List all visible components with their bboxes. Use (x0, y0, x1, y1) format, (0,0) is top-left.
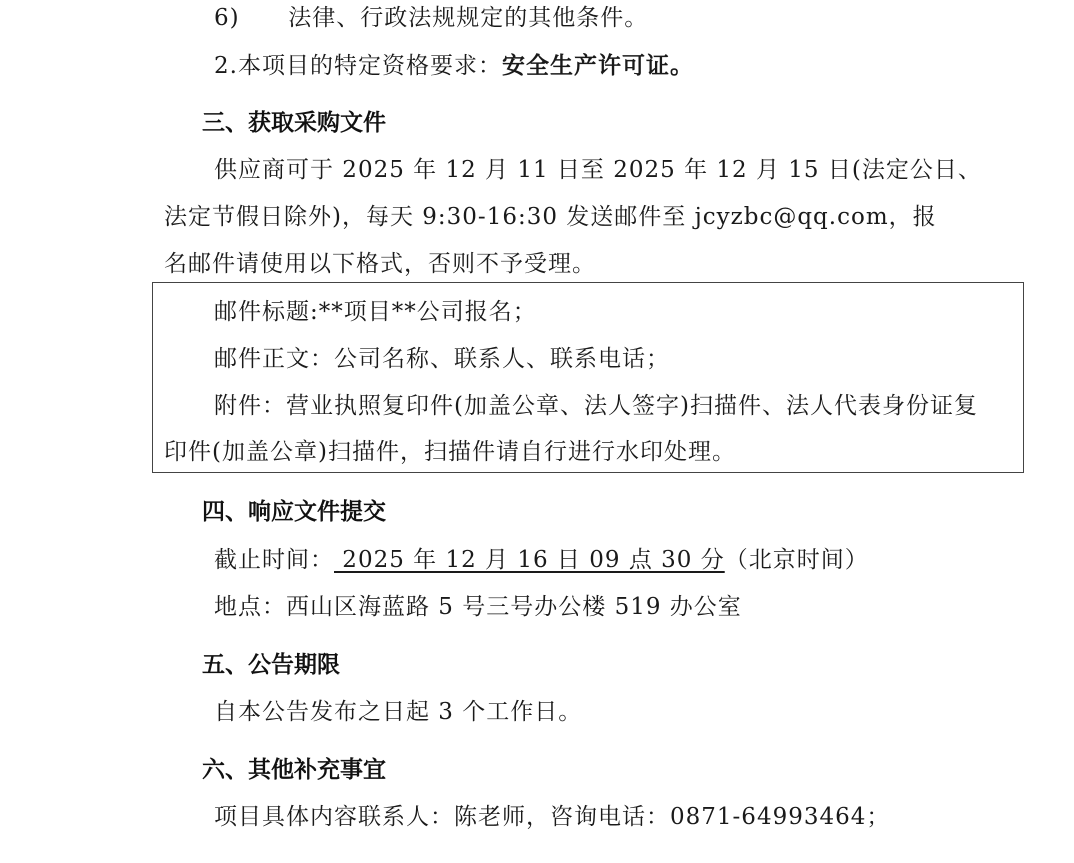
deadline: 截止时间： 2025 年 12 月 16 日 09 点 30 分（北京时间） (214, 545, 869, 575)
deadline-timezone: （北京时间） (725, 547, 869, 573)
email-subject-format: 邮件标题:**项目**公司报名； (214, 297, 537, 327)
email-body-format: 邮件正文：公司名称、联系人、联系电话； (214, 344, 670, 374)
deadline-value: 2025 年 12 月 16 日 09 点 30 分 (334, 547, 725, 573)
section-6-heading: 六、其他补充事宜 (202, 755, 386, 785)
item-text: 法律、行政法规规定的其他条件。 (288, 5, 648, 31)
section-3-paragraph-line-2: 法定节假日除外)，每天 9:30-16:30 发送邮件至 jcyzbc@qq.c… (164, 202, 937, 232)
contact-info: 项目具体内容联系人：陈老师，咨询电话：0871-64993464； (214, 802, 890, 832)
specific-qualification-value: 安全生产许可证。 (502, 53, 694, 79)
email-attachment-format-line-2: 印件(加盖公章)扫描件，扫描件请自行进行水印处理。 (164, 437, 736, 467)
qualification-item-6: 6) 法律、行政法规规定的其他条件。 (214, 3, 648, 33)
section-5-heading: 五、公告期限 (202, 650, 340, 680)
submission-location: 地点：西山区海蓝路 5 号三号办公楼 519 办公室 (214, 592, 742, 622)
section-3-paragraph-line-3: 名邮件请使用以下格式，否则不予受理。 (164, 249, 596, 279)
section-3-paragraph-line-1: 供应商可于 2025 年 12 月 11 日至 2025 年 12 月 15 日… (214, 155, 982, 185)
email-attachment-format-line-1: 附件：营业执照复印件(加盖公章、法人签字)扫描件、法人代表身份证复 (214, 391, 978, 421)
section-3-heading: 三、获取采购文件 (202, 108, 386, 138)
announcement-period: 自本公告发布之日起 3 个工作日。 (214, 697, 582, 727)
specific-qualification-label: 2.本项目的特定资格要求： (214, 53, 502, 79)
item-number: 6) (214, 5, 240, 31)
specific-qualification: 2.本项目的特定资格要求：安全生产许可证。 (214, 51, 694, 81)
section-4-heading: 四、响应文件提交 (202, 497, 386, 527)
deadline-label: 截止时间： (214, 547, 334, 573)
